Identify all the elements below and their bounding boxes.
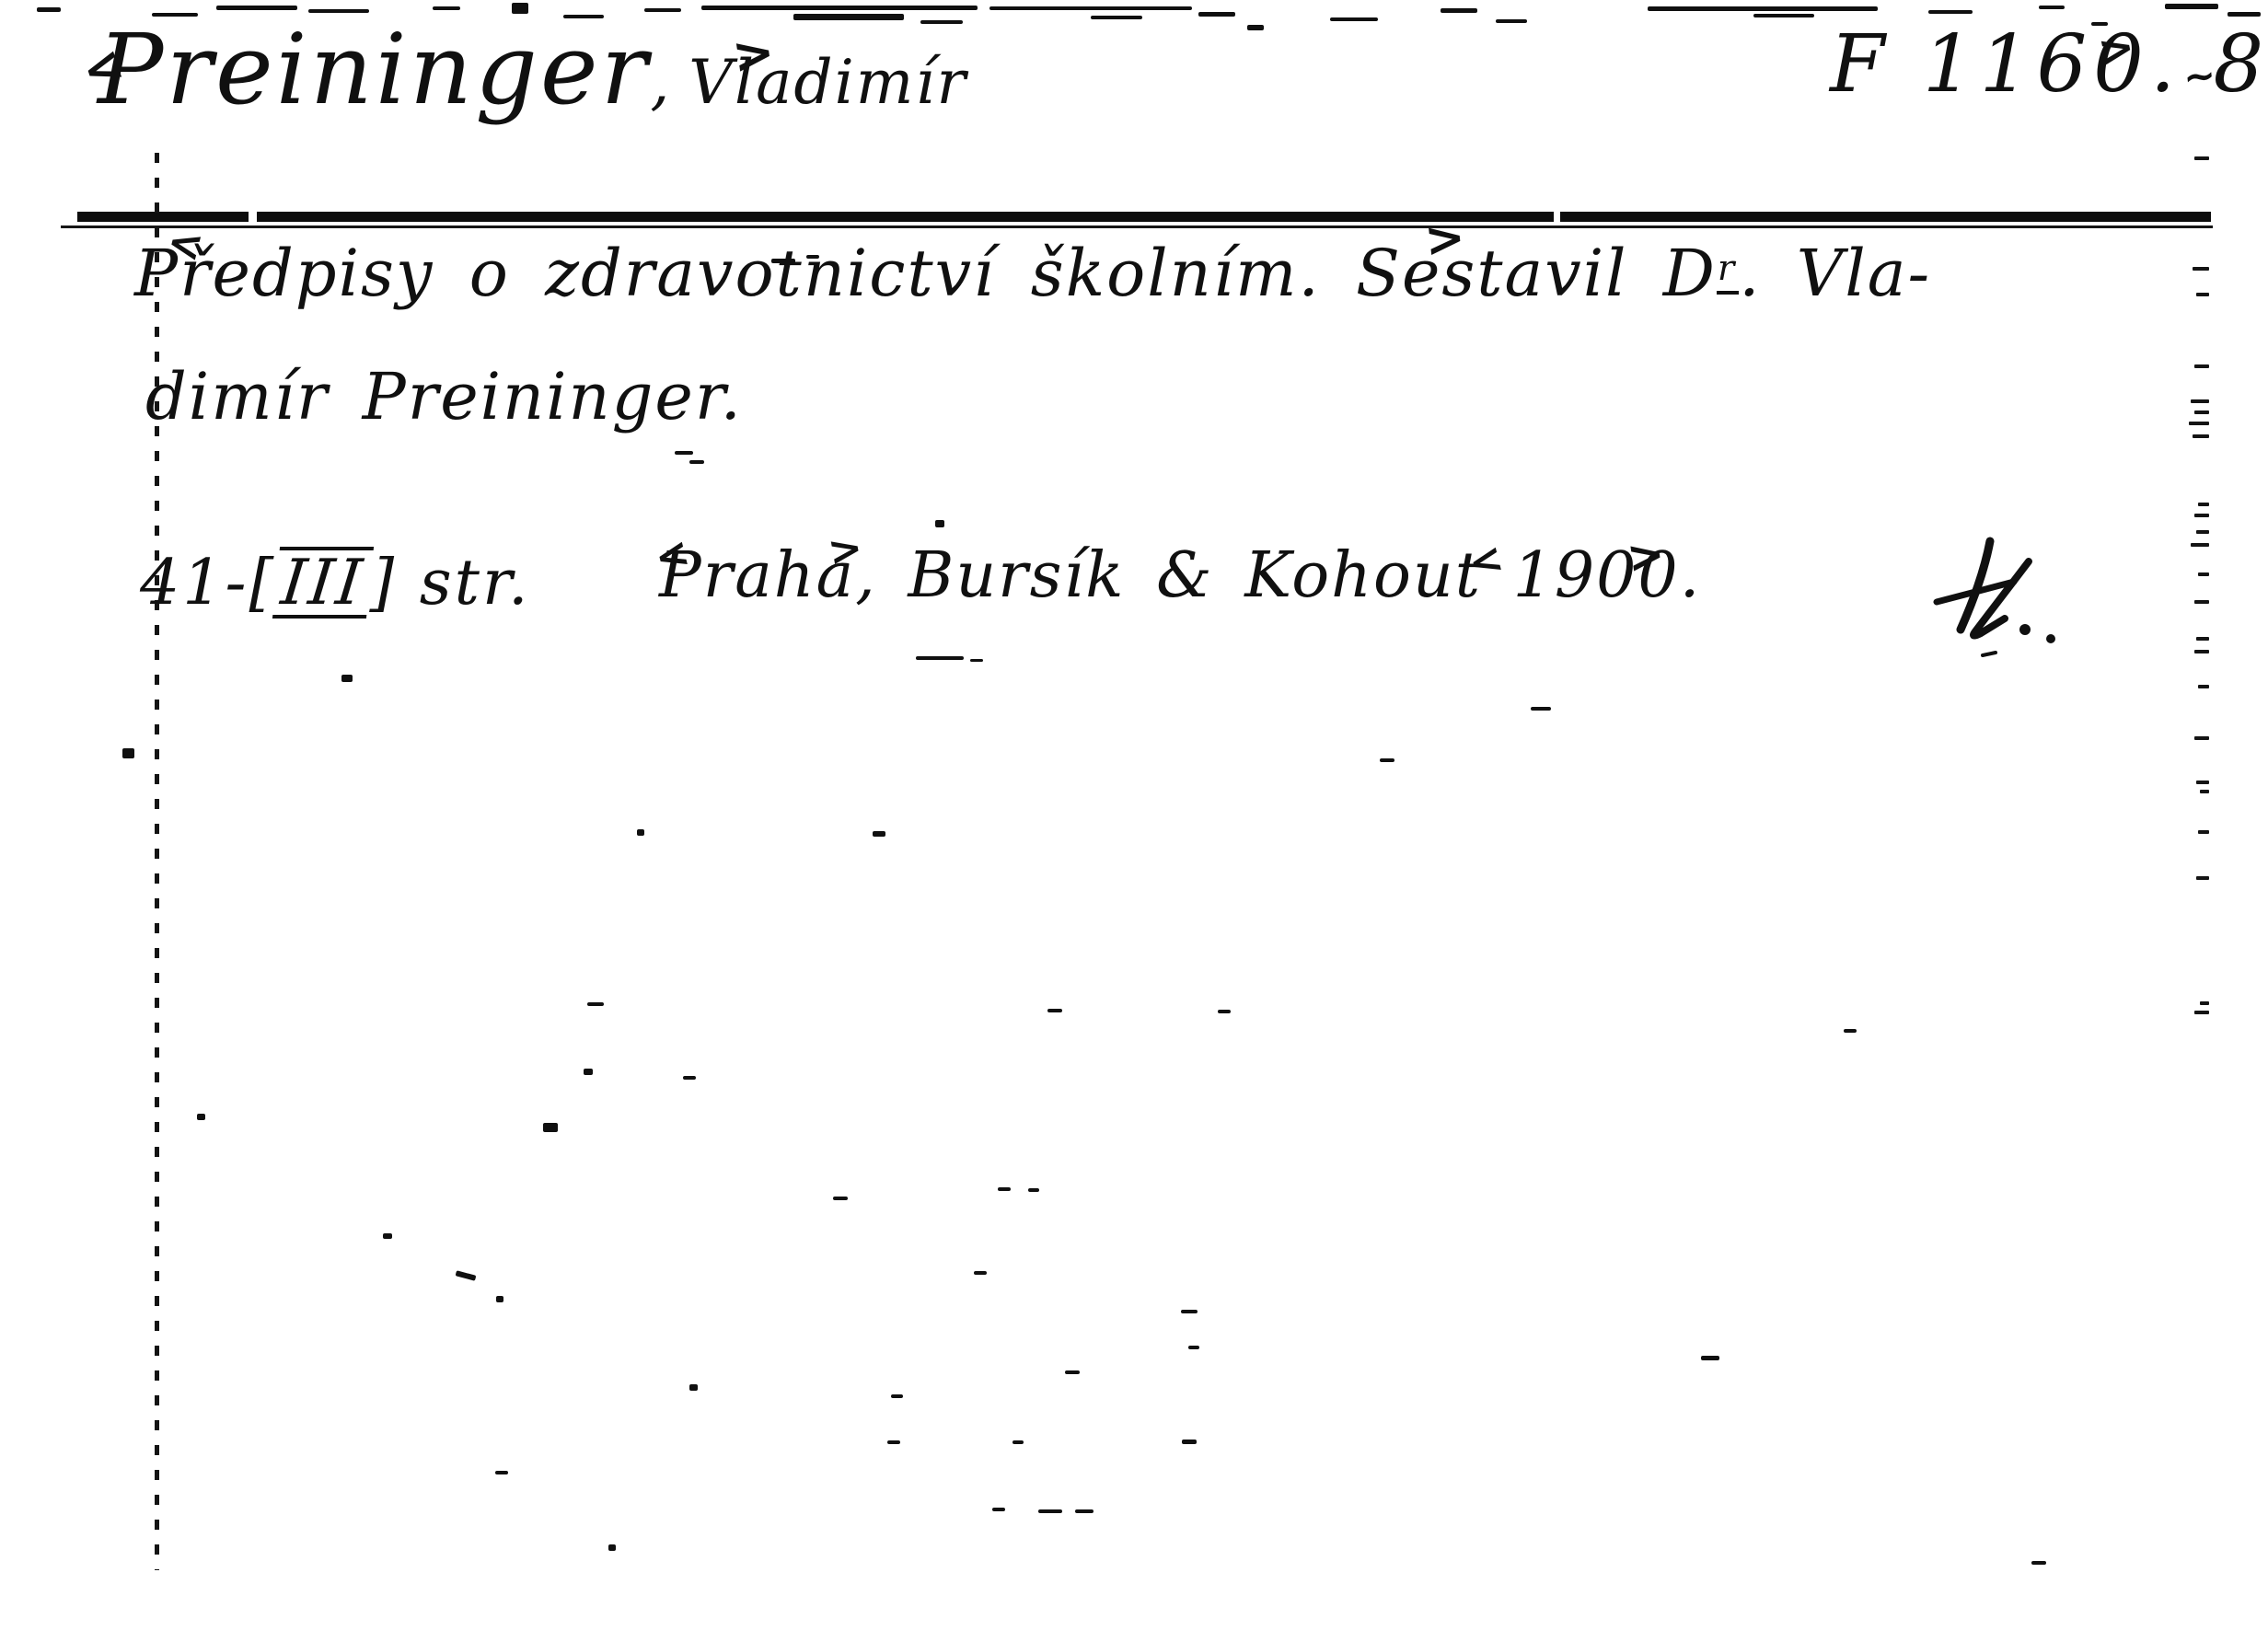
noise-speck	[916, 656, 964, 660]
right-edge-dash	[2198, 830, 2209, 834]
noise-speck	[974, 1271, 987, 1275]
noise-speck	[1182, 1440, 1197, 1444]
noise-speck	[920, 20, 963, 24]
right-edge-dash	[2196, 293, 2209, 296]
noise-speck	[543, 1123, 558, 1132]
right-edge-dash	[2191, 543, 2209, 547]
author-given-name: Vladimír	[688, 47, 967, 118]
right-edge-dash	[2193, 267, 2209, 271]
right-edge-dash	[2196, 637, 2209, 641]
noise-speck	[675, 451, 693, 455]
right-edge-dash	[2194, 600, 2209, 604]
right-edge-dash	[2194, 156, 2209, 160]
noise-speck	[433, 6, 460, 10]
noise-speck	[308, 9, 369, 13]
noise-speck	[122, 748, 134, 758]
header-rule-thick	[77, 212, 2211, 222]
right-edge-dash	[2193, 434, 2209, 438]
imprint: Praha, Bursík & Kohout 1900.	[659, 539, 1701, 612]
noise-speck	[793, 14, 904, 20]
noise-speck	[1844, 1029, 1857, 1033]
right-edge-dash	[2198, 685, 2209, 688]
heading-row: Preininger, Vladimír	[98, 13, 967, 126]
catalog-card-scan: { "card": { "heading": { "surname": "Pre…	[0, 0, 2268, 1642]
collation: 41-[III] str.	[140, 547, 531, 619]
noise-speck	[512, 3, 528, 14]
proof-mark-before-sestavil: >	[1422, 214, 1467, 265]
right-edge-dash	[2194, 650, 2209, 653]
noise-speck	[216, 6, 297, 10]
noise-speck	[689, 460, 704, 464]
right-edge-dash	[2196, 530, 2209, 534]
right-edge-dash	[2196, 876, 2209, 880]
right-edge-dash	[2194, 514, 2209, 517]
noise-speck	[2227, 12, 2261, 17]
noise-speck	[992, 1508, 1005, 1511]
rule-gap	[249, 212, 257, 222]
noise-speck	[584, 1069, 593, 1075]
right-edge-dash	[2194, 1011, 2209, 1014]
noise-speck	[1928, 10, 1973, 14]
title-line-2: dimír Preininger.	[145, 359, 743, 434]
noise-speck	[701, 6, 978, 10]
noise-speck	[833, 1197, 848, 1200]
noise-speck	[1531, 707, 1551, 711]
noise-speck	[1047, 1009, 1062, 1012]
collation-prefix: 41-[	[140, 547, 276, 619]
noise-speck	[1496, 19, 1527, 23]
author-surname: Preininger	[98, 13, 650, 126]
noise-speck	[1091, 16, 1142, 19]
noise-speck	[771, 259, 795, 263]
noise-speck	[1218, 1010, 1231, 1013]
noise-speck	[563, 15, 604, 18]
right-edge-dash	[2198, 503, 2209, 506]
right-edge-dash	[2200, 790, 2209, 793]
proof-mark-after-year: >	[1625, 531, 1668, 580]
proof-mark-after-call-number: ~	[2181, 55, 2217, 97]
collation-suffix: ] str.	[370, 547, 531, 619]
noise-speck	[1181, 1310, 1198, 1313]
noise-speck	[2165, 4, 2218, 9]
title-line-1-text: Předpisy o zdravotnictví školním. Sestav…	[134, 236, 1717, 311]
right-edge-dash	[2198, 572, 2209, 576]
noise-speck	[998, 1187, 1011, 1191]
header-rule-thin	[61, 225, 2213, 228]
noise-speck	[989, 6, 1192, 10]
title-line-1-end: . Vla-	[1739, 236, 1931, 311]
noise-speck	[887, 1440, 900, 1444]
noise-speck	[608, 1544, 616, 1551]
right-edge-dash	[2200, 1001, 2209, 1005]
proof-mark-after-given-name: >	[729, 27, 777, 82]
noise-speck	[1065, 1370, 1080, 1374]
right-edge-dash	[2189, 422, 2209, 425]
noise-speck	[806, 255, 819, 259]
noise-speck	[37, 7, 61, 12]
noise-speck	[2039, 6, 2065, 9]
noise-speck	[152, 13, 198, 17]
noise-speck	[1028, 1188, 1039, 1192]
noise-speck	[496, 1296, 503, 1302]
noise-speck	[341, 675, 353, 682]
right-edge-dash	[2194, 736, 2209, 740]
noise-speck	[1198, 12, 1235, 17]
noise-speck	[873, 831, 885, 837]
noise-speck	[1701, 1356, 1719, 1360]
noise-speck	[1188, 1346, 1199, 1349]
rule-gap	[1554, 212, 1560, 222]
noise-speck	[891, 1394, 903, 1398]
proof-mark-before-bursik: >	[825, 527, 865, 573]
right-edge-dash	[2194, 410, 2209, 414]
noise-speck	[1380, 758, 1394, 762]
noise-speck	[1330, 17, 1378, 21]
noise-speck	[197, 1114, 205, 1120]
noise-speck	[1038, 1509, 1062, 1513]
collation-roman-numeral: III	[272, 547, 374, 619]
right-edge-dash	[2191, 399, 2209, 403]
noise-speck	[383, 1233, 392, 1239]
heading-separator: ,	[650, 47, 688, 118]
noise-speck	[935, 520, 944, 527]
noise-speck	[1012, 1440, 1024, 1444]
annotation-mark	[1929, 534, 2090, 663]
noise-speck	[637, 829, 644, 836]
noise-speck	[683, 1076, 696, 1080]
right-edge-dash	[2196, 781, 2209, 784]
noise-speck	[1247, 25, 1264, 30]
noise-speck	[689, 1384, 698, 1391]
noise-speck	[456, 1270, 477, 1280]
noise-speck	[1075, 1509, 1093, 1513]
noise-speck	[495, 1471, 508, 1474]
title-line-1: Předpisy o zdravotnictví školním. Sestav…	[134, 236, 1931, 311]
noise-speck	[970, 659, 983, 662]
noise-speck	[2031, 1561, 2046, 1565]
noise-speck	[1648, 6, 1878, 11]
doctor-superscript: r	[1717, 248, 1739, 295]
noise-speck	[1753, 14, 1814, 17]
noise-speck	[1441, 8, 1477, 13]
right-edge-dash	[2194, 364, 2209, 368]
noise-speck	[587, 1002, 604, 1006]
noise-speck	[644, 8, 681, 12]
